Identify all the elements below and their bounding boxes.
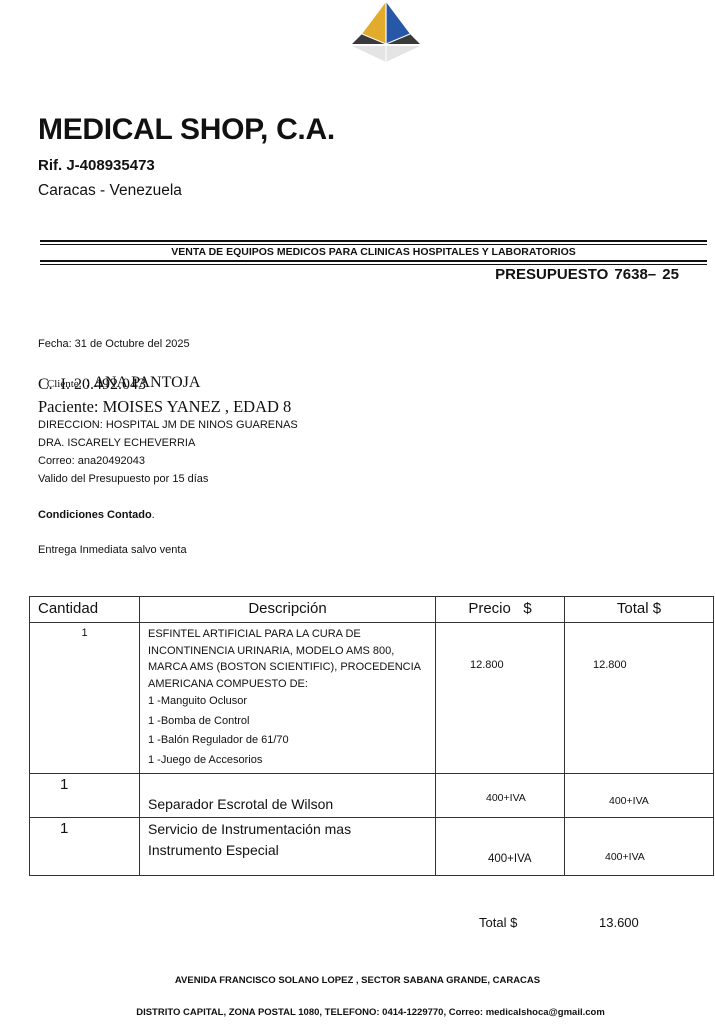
address: DIRECCION: HOSPITAL JM DE NINOS GUARENAS [38,419,298,431]
row-quantity: 1 [30,774,140,818]
grand-total-label: Total $ [479,915,517,930]
table-row: 1 Servicio de Instrumentación mas Instru… [30,818,714,876]
pyramid-logo-icon [348,0,424,64]
row-total: 400+IVA [565,818,714,876]
company-rif: Rif. J-408935473 [38,157,155,174]
quote-date: Fecha: 31 de Octubre del 2025 [38,338,190,350]
component-item: 1 -Manguito Oclusor [148,692,427,712]
component-item: 1 -Juego de Accesorios [148,751,427,771]
row-total: 12.800 [565,623,714,774]
component-item: 1 -Balón Regulador de 61/70 [148,731,427,751]
row-description: ESFINTEL ARTIFICIAL PARA LA CURA DE INCO… [140,623,436,774]
row-quantity: 1 [30,818,140,876]
table-row: 1 ESFINTEL ARTIFICIAL PARA LA CURA DE IN… [30,623,714,774]
delivery-terms: Entrega Inmediata salvo venta [38,544,187,556]
row-description: Servicio de Instrumentación mas Instrume… [140,818,436,876]
divider [40,244,707,245]
conditions-text: Condiciones Contado [38,509,152,521]
company-name: MEDICAL SHOP, C.A. [38,113,335,147]
grand-total-value: 13.600 [599,915,639,930]
doctor: DRA. ISCARELY ECHEVERRIA [38,437,195,449]
description-text: ESFINTEL ARTIFICIAL PARA LA CURA DE INCO… [148,626,427,692]
divider [40,264,707,265]
row-price: 400+IVA [436,774,565,818]
divider [40,240,707,242]
company-city: Caracas - Venezuela [38,182,182,200]
client-email: Correo: ana20492043 [38,455,145,467]
header-total: Total $ [565,597,714,623]
component-item: 1 -Bomba de Control [148,712,427,732]
header-descripcion: Descripción [140,597,436,623]
row-price: 12.800 [436,623,565,774]
footer-contact: DISTRITO CAPITAL, ZONA POSTAL 1080, TELE… [13,1007,715,1018]
payment-conditions: Condiciones Contado. [38,509,155,521]
table-header-row: Cantidad Descripción Precio $ Total $ [30,597,714,623]
row-description: Separador Escrotal de Wilson [140,774,436,818]
divider [40,260,707,262]
table-row: 1 Separador Escrotal de Wilson 400+IVA 4… [30,774,714,818]
row-quantity: 1 [30,623,140,774]
footer-address: AVENIDA FRANCISCO SOLANO LOPEZ , SECTOR … [0,975,715,986]
row-total: 400+IVA [565,774,714,818]
client-id: C. I. 20.492.043 [38,376,146,394]
quote-number: PRESUPUESTO 7638– 25 [495,266,679,283]
validity: Valido del Presupuesto por 15 días [38,473,208,485]
conditions-suffix: . [152,509,155,521]
patient: Paciente: MOISES YANEZ , EDAD 8 [38,397,291,417]
company-tagline: VENTA DE EQUIPOS MEDICOS PARA CLINICAS H… [40,246,707,258]
items-table: Cantidad Descripción Precio $ Total $ 1 … [29,596,714,876]
header-precio: Precio $ [436,597,565,623]
header-cantidad: Cantidad [30,597,140,623]
row-price: 400+IVA [436,818,565,876]
